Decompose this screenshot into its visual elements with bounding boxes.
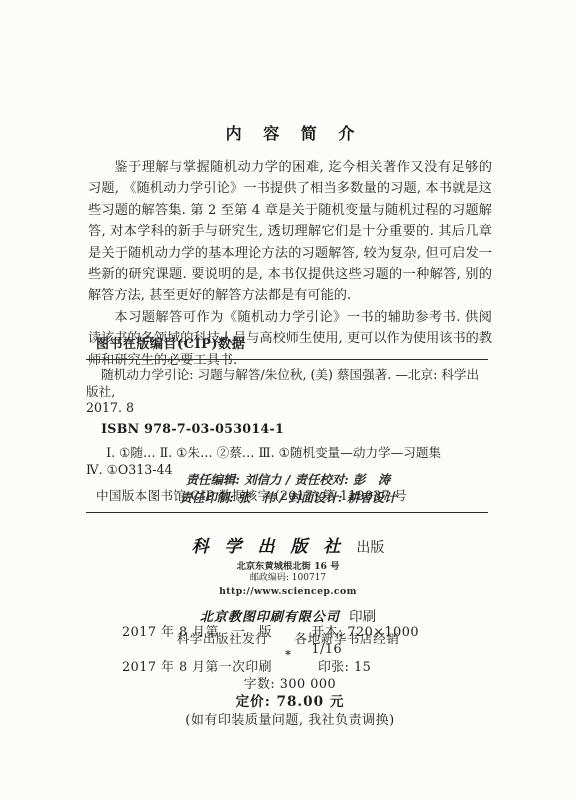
impression-date: 2017 年 8 月第一次印刷 (122, 659, 318, 676)
cip-title-line: 随机动力学引论: 习题与解答/朱位秋, (美) 蔡国强著. —北京: 科学出版社… (86, 367, 488, 400)
summary-paragraph-1: 鉴于理解与掌握随机动力学的困难, 迄今相关著作又没有足够的习题, 《随机动力学引… (88, 157, 492, 307)
printing-details: 2017 年 8 月第 一 版 开本: 720×1000 1/16 2017 年… (122, 624, 458, 730)
staff-credits: 责任编辑: 刘信力 / 责任校对: 彭 涛 责任印制: 张 伟 / 封面设计: … (0, 471, 576, 506)
cip-year-line: 2017. 8 (86, 400, 488, 417)
publish-label: 出版 (356, 540, 384, 556)
printer-label: 印刷 (349, 609, 376, 625)
edition-row: 2017 年 8 月第 一 版 开本: 720×1000 1/16 (122, 624, 458, 659)
content-summary-title: 内 容 简 介 (88, 121, 492, 144)
word-count: 字数: 300 000 (122, 676, 458, 693)
press-logo-text: 科 学 出 版 社 (192, 537, 346, 557)
press-line: 科 学 出 版 社 出版 (0, 532, 576, 557)
book-copyright-page: 内 容 简 介 鉴于理解与掌握随机动力学的困难, 迄今相关著作又没有足够的习题,… (0, 0, 576, 800)
cip-isbn: ISBN 978-7-03-053014-1 (101, 421, 488, 438)
book-format: 开本: 720×1000 1/16 (311, 624, 458, 659)
press-address: 北京东黄城根北街 16 号 (0, 561, 576, 573)
cip-header: 图书在版编目(CIP)数据 (96, 333, 488, 352)
cip-bottom-rule (86, 512, 488, 513)
press-postal-code: 邮政编码: 100717 (0, 573, 576, 585)
quality-note: (如有印装质量问题, 我社负责调换) (122, 712, 458, 729)
cip-classification-1: Ⅰ. ①随… Ⅱ. ①朱… ②蔡… Ⅲ. ①随机变量—动力学—习题集 (106, 445, 488, 462)
production-line: 责任印制: 张 伟 / 封面设计: 耕者设计 (0, 489, 576, 507)
editors-line: 责任编辑: 刘信力 / 责任校对: 彭 涛 (0, 471, 576, 489)
printer-name: 北京教图印刷有限公司 (200, 610, 340, 625)
price: 定价: 78.00 元 (122, 694, 458, 711)
printed-sheets: 印张: 15 (318, 659, 371, 676)
printer-line: 北京教图印刷有限公司 印刷 (0, 605, 576, 625)
impression-row: 2017 年 8 月第一次印刷 印张: 15 (122, 659, 458, 676)
edition-date: 2017 年 8 月第 一 版 (122, 624, 311, 659)
press-website: http://www.sciencep.com (0, 585, 576, 598)
